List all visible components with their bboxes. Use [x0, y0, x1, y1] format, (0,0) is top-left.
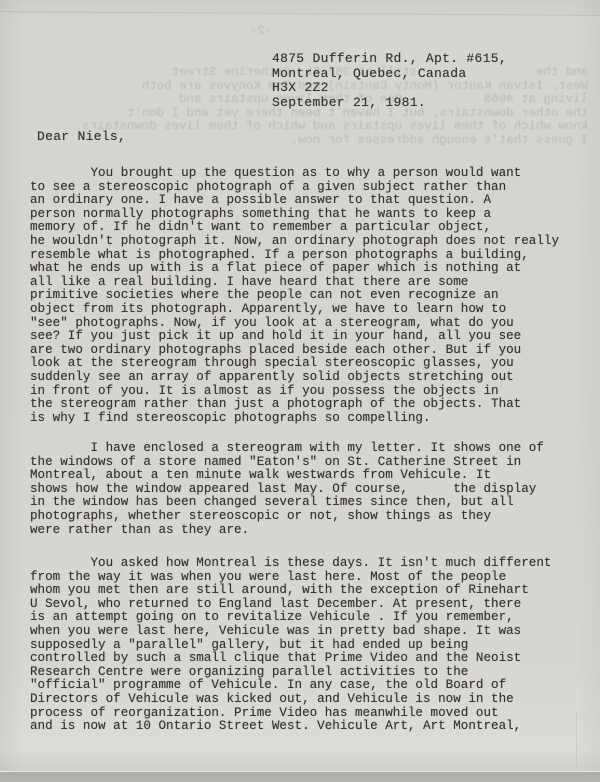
- salutation: Dear Niels,: [37, 129, 126, 144]
- bleedthrough-page-number: -2-: [232, 24, 272, 38]
- table-surface: [0, 772, 600, 782]
- letter-paper: -2- and the still at 307 St. Catherine S…: [0, 0, 600, 772]
- paragraph-stereoscopic-photography: You brought up the question as to why a …: [30, 167, 559, 425]
- under-sheet-edge-line: [576, 712, 577, 770]
- sender-address-block: 4875 Dufferin Rd., Apt. #615, Montreal, …: [272, 52, 507, 110]
- photo-background: -2- and the still at 307 St. Catherine S…: [0, 0, 600, 782]
- paragraph-enclosed-stereogram: I have enclosed a stereogram with my let…: [30, 442, 544, 537]
- paragraph-montreal-news: You asked how Montreal is these days. It…: [30, 557, 551, 734]
- fold-crease-line: [0, 11, 600, 16]
